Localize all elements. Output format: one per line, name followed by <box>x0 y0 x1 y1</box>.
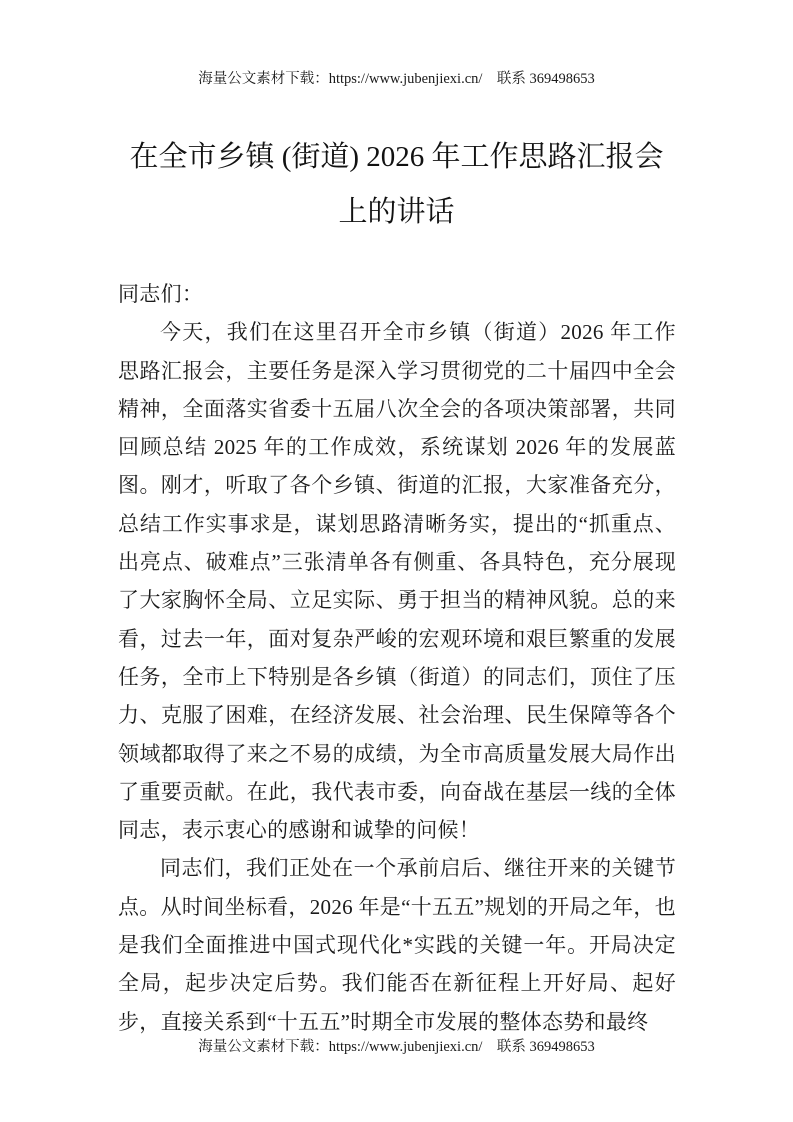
body-paragraph-2: 同志们，我们正处在一个承前启后、继往开来的关键节点。从时间坐标看，2026 年是… <box>118 849 676 1037</box>
title-line-2: 上的讲话 <box>50 185 743 240</box>
document-page: 海量公文素材下载：https://www.jubenjiexi.cn/ 联系 3… <box>0 0 793 1122</box>
document-title: 在全市乡镇 (街道) 2026 年工作思路汇报会 上的讲话 <box>50 130 743 240</box>
salutation: 同志们： <box>118 275 676 313</box>
title-line-1: 在全市乡镇 (街道) 2026 年工作思路汇报会 <box>50 130 743 185</box>
document-body: 同志们： 今天，我们在这里召开全市乡镇（街道）2026 年工作思路汇报会，主要任… <box>118 275 676 1037</box>
body-paragraph-1: 今天，我们在这里召开全市乡镇（街道）2026 年工作思路汇报会，主要任务是深入学… <box>118 313 676 849</box>
footer-watermark-note: 海量公文素材下载：https://www.jubenjiexi.cn/ 联系 3… <box>0 1037 793 1057</box>
header-watermark-note: 海量公文素材下载：https://www.jubenjiexi.cn/ 联系 3… <box>0 69 793 89</box>
